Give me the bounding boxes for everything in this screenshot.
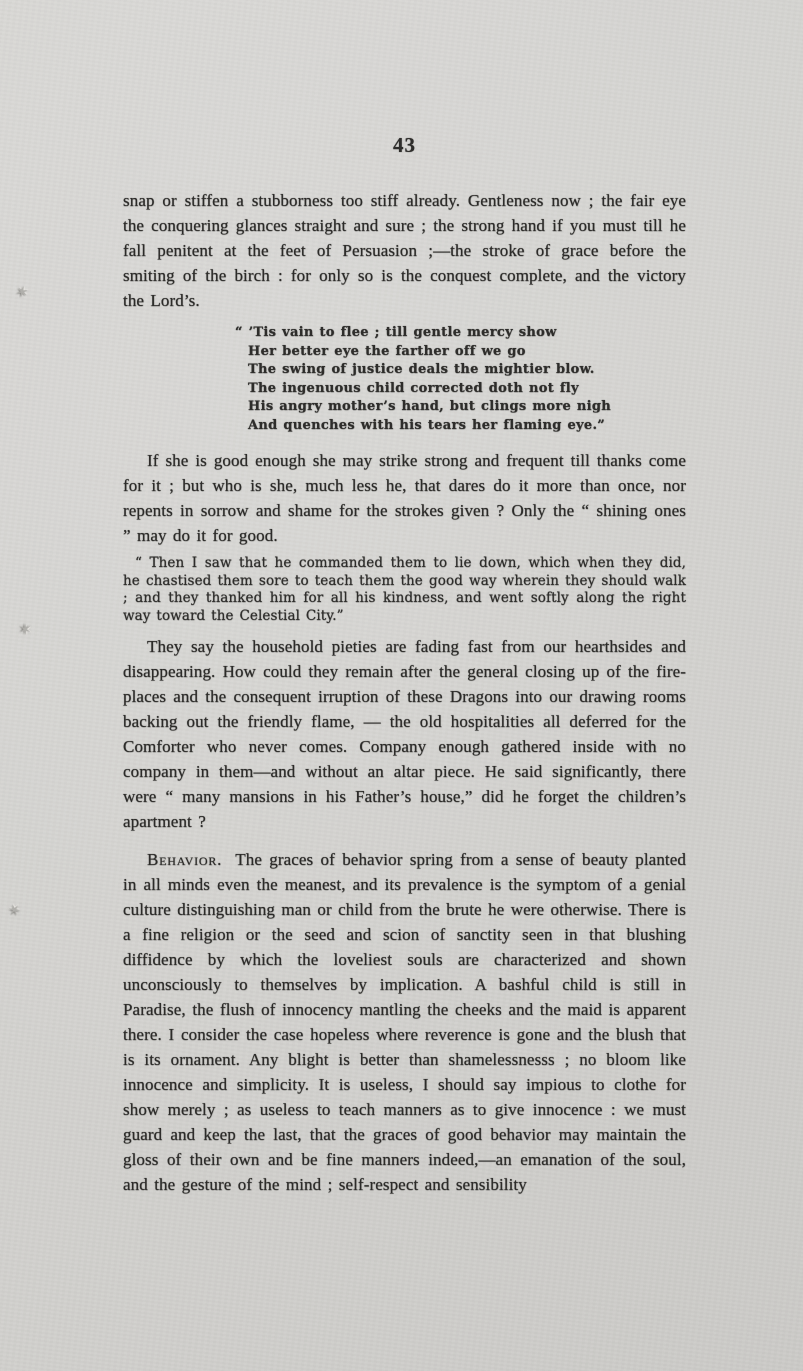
book-page: 43 snap or stiffen a stubborness too sti…: [0, 0, 803, 1371]
behavior-lead-word: Behavior.: [147, 850, 235, 869]
poem-line: His angry mother’s hand, but clings more…: [235, 398, 686, 417]
behavior-text: The graces of behavior spring from a sen…: [123, 850, 686, 1194]
paper-blemish: ✶: [10, 281, 34, 305]
poem-line: The swing of justice deals the mightier …: [235, 361, 686, 380]
paragraph-household-pieties: They say the household pieties are fadin…: [123, 634, 686, 834]
poem-line: The ingenuous child corrected doth not f…: [235, 380, 686, 399]
paper-blemish: ✶: [10, 616, 38, 644]
poem-line: Her better eye the farther off we go: [235, 343, 686, 362]
poem-quote: “ ’Tis vain to flee ; till gentle mercy …: [235, 324, 686, 435]
paragraph-if-she: If she is good enough she may strike str…: [123, 448, 686, 548]
poem-line: “ ’Tis vain to flee ; till gentle mercy …: [235, 324, 686, 343]
paragraph-behavior: Behavior.The graces of behavior spring f…: [123, 847, 686, 1197]
blockquote-pilgrims-progress: “ Then I saw that he commanded them to l…: [123, 555, 686, 625]
paragraph-snap-or-stiffen: snap or stiffen a stubborness too stiff …: [123, 188, 686, 313]
poem-line: And quenches with his tears her flaming …: [235, 417, 686, 436]
text-block: snap or stiffen a stubborness too stiff …: [123, 188, 686, 1197]
paper-blemish: ✶: [2, 898, 28, 924]
page-number: 43: [123, 133, 686, 158]
